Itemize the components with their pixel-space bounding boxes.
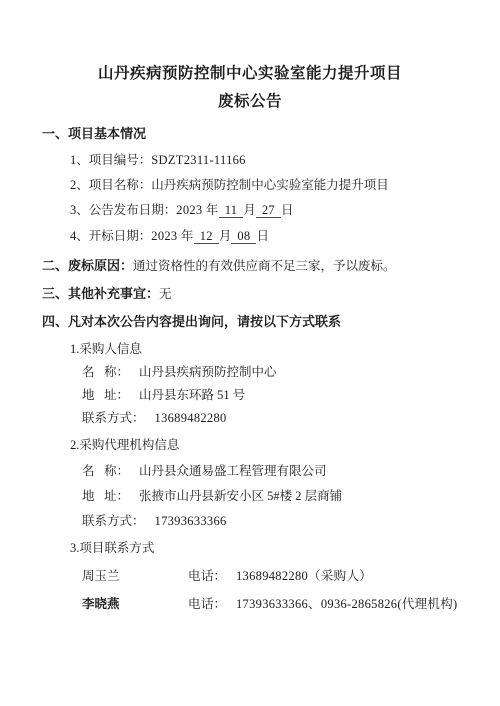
purchaser-address-row: 地址：山丹县东环路 51 号 [82, 388, 500, 402]
agency-address-label: 地址： [82, 489, 129, 503]
document-title: 山丹疾病预防控制中心实验室能力提升项目 [0, 63, 500, 83]
agency-tel-value: 17393633366 [155, 514, 227, 528]
publish-date-month-unit: 月 [243, 203, 256, 217]
agency-address-row: 地址：张掖市山丹县新安小区 5#楼 2 层商铺 [82, 489, 500, 503]
agency-name-value: 山丹县众通易盛工程管理有限公司 [139, 464, 327, 478]
project-contacts-heading: 3.项目联系方式 [70, 541, 500, 555]
agency-name-row: 名称：山丹县众通易盛工程管理有限公司 [82, 464, 500, 478]
purchaser-name-label: 名称： [82, 365, 129, 379]
agency-tel-label: 联系方式： [82, 514, 145, 528]
purchaser-tel-row: 联系方式：13689482280 [82, 411, 500, 425]
project-name-label: 2、项目名称： [70, 178, 151, 192]
agency-address-value: 张掖市山丹县新安小区 5#楼 2 层商铺 [139, 489, 342, 503]
publish-date-month-value: 11 [219, 203, 244, 218]
purchaser-address-label: 地址： [82, 388, 129, 402]
supplement-heading: 三、其他补充事宜： [42, 287, 159, 302]
publish-date-day-unit: 日 [281, 203, 294, 217]
contact-tel-value-2: 17393633366、0936-2865826(代理机构) [236, 597, 458, 611]
contact-tel-value-1: 13689482280（采购人） [236, 569, 372, 583]
contact-section-line: 四、凡对本次公告内容提出询问，请按以下方式联系 [42, 315, 500, 330]
project-number-line: 1、项目编号：SDZT2311-11166 [70, 153, 500, 167]
bid-open-date-month-unit: 月 [219, 229, 232, 243]
agency-tel-row: 联系方式：17393633366 [82, 514, 500, 528]
publish-date-year: 2023 年 [176, 203, 218, 217]
supplement-line: 三、其他补充事宜：无 [42, 287, 500, 302]
publish-date-day-value: 27 [256, 203, 281, 218]
cancellation-reason-line: 二、废标原因：通过资格性的有效供应商不足三家，予以废标。 [42, 259, 500, 274]
contact-name-2: 李晓燕 [82, 597, 188, 611]
publish-date-label: 3、公告发布日期： [70, 203, 176, 217]
contact-row-purchaser: 周玉兰电话：13689482280（采购人） [82, 569, 500, 583]
purchaser-name-value: 山丹县疾病预防控制中心 [139, 365, 277, 379]
contact-section-heading: 四、凡对本次公告内容提出询问，请按以下方式联系 [42, 315, 341, 330]
document-page: 山丹疾病预防控制中心实验室能力提升项目 废标公告 一、项目基本情况 1、项目编号… [0, 0, 500, 706]
project-number-label: 1、项目编号： [70, 153, 151, 167]
contact-row-agency: 李晓燕电话：17393633366、0936-2865826(代理机构) [82, 597, 500, 611]
cancellation-reason-heading: 二、废标原因： [42, 259, 133, 274]
project-name-line: 2、项目名称：山丹疾病预防控制中心实验室能力提升项目 [70, 178, 500, 192]
publish-date-line: 3、公告发布日期：2023 年11月27日 [70, 203, 500, 218]
contact-name-1: 周玉兰 [82, 569, 188, 583]
bid-open-date-label: 4、开标日期： [70, 229, 151, 243]
contact-tel-label-1: 电话： [188, 569, 226, 583]
purchaser-info-heading: 1.采购人信息 [70, 342, 500, 356]
supplement-text: 无 [159, 287, 172, 301]
agency-name-label: 名称： [82, 464, 129, 478]
purchaser-tel-label: 联系方式： [82, 411, 145, 425]
section-basic-info-heading: 一、项目基本情况 [42, 128, 500, 142]
project-name-value: 山丹疾病预防控制中心实验室能力提升项目 [151, 178, 389, 192]
bid-open-date-month-value: 12 [194, 229, 219, 244]
bid-open-date-day-value: 08 [231, 229, 256, 244]
purchaser-tel-value: 13689482280 [155, 411, 227, 425]
bid-open-date-year: 2023 年 [151, 229, 193, 243]
agency-info-heading: 2.采购代理机构信息 [70, 438, 500, 452]
project-number-value: SDZT2311-11166 [151, 153, 245, 167]
purchaser-name-row: 名称：山丹县疾病预防控制中心 [82, 365, 500, 379]
bid-open-date-line: 4、开标日期：2023 年12月08日 [70, 229, 500, 244]
purchaser-address-value: 山丹县东环路 51 号 [139, 388, 245, 402]
cancellation-reason-text: 通过资格性的有效供应商不足三家，予以废标。 [133, 259, 396, 273]
document-subtitle: 废标公告 [0, 91, 500, 111]
bid-open-date-day-unit: 日 [256, 229, 269, 243]
contact-tel-label-2: 电话： [188, 597, 226, 611]
